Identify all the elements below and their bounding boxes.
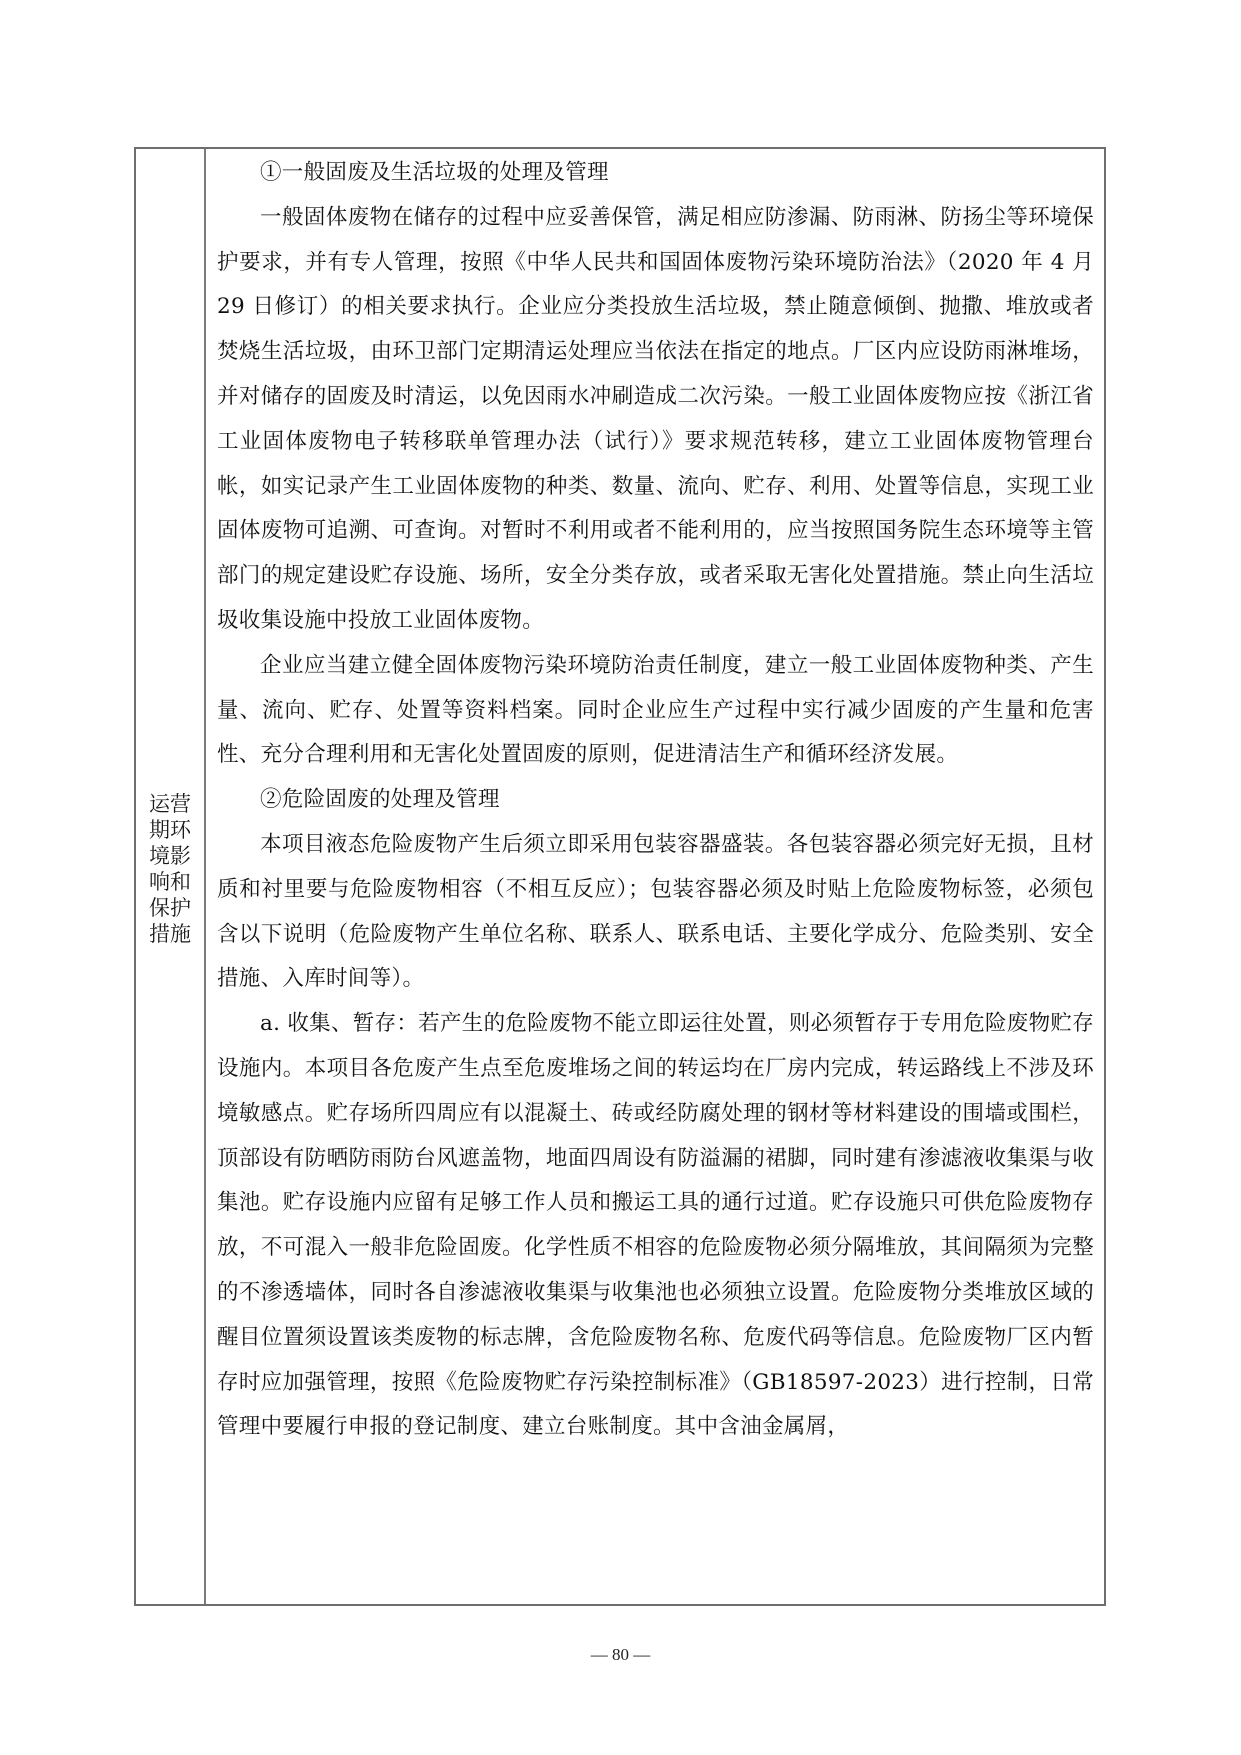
document-table: 运营期环境影响和保护措施 ①一般固废及生活垃圾的处理及管理 一般固体废物在储存的…: [134, 147, 1106, 1606]
row-label: 运营期环境影响和保护措施: [148, 791, 192, 947]
row-label-cell: 运营期环境影响和保护措施: [136, 149, 206, 1604]
paragraph: 企业应当建立健全固体废物污染环境防治责任制度，建立一般工业固体废物种类、产生量、…: [217, 644, 1094, 778]
section-heading-general-waste: ①一般固废及生活垃圾的处理及管理: [217, 151, 1094, 196]
paragraph: 一般固体废物在储存的过程中应妥善保管，满足相应防渗漏、防雨淋、防扬尘等环境保护要…: [217, 196, 1094, 644]
content-cell: ①一般固废及生活垃圾的处理及管理 一般固体废物在储存的过程中应妥善保管，满足相应…: [206, 149, 1104, 1604]
section-heading-hazardous-waste: ②危险固废的处理及管理: [217, 778, 1094, 823]
page-number: — 80 —: [0, 1645, 1241, 1665]
paragraph: a. 收集、暂存：若产生的危险废物不能立即运往处置，则必须暂存于专用危险废物贮存…: [217, 1002, 1094, 1450]
paragraph: 本项目液态危险废物产生后须立即采用包装容器盛装。各包装容器必须完好无损，且材质和…: [217, 823, 1094, 1002]
